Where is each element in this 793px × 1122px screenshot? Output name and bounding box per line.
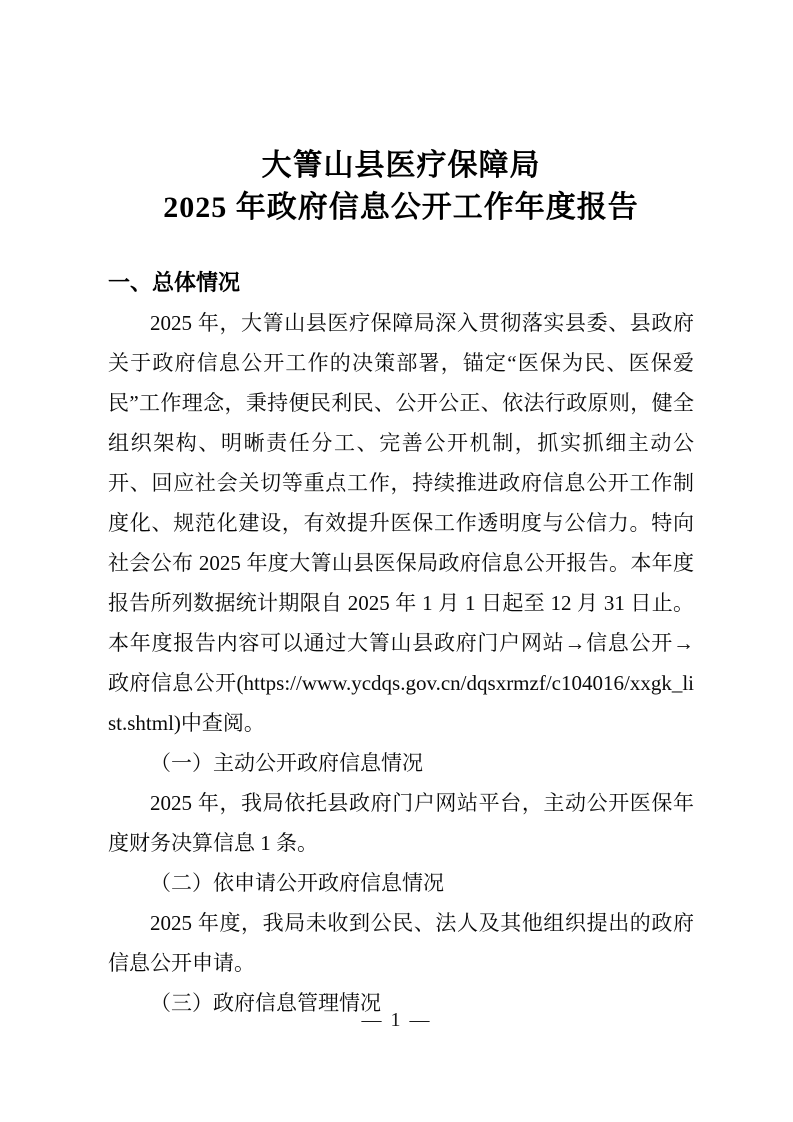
- subsection-1-paragraph: 2025 年，我局依托县政府门户网站平台，主动公开医保年度财务决算信息 1 条。: [108, 783, 694, 863]
- subsection-2-heading: （二）依申请公开政府信息情况: [108, 863, 694, 903]
- document-title: 大箐山县医疗保障局 2025 年政府信息公开工作年度报告: [108, 145, 694, 229]
- section-heading-overall-situation: 一、总体情况: [108, 267, 694, 299]
- title-line-1: 大箐山县医疗保障局: [108, 145, 694, 187]
- overview-paragraph: 2025 年，大箐山县医疗保障局深入贯彻落实县委、县政府关于政府信息公开工作的决…: [108, 303, 694, 743]
- page-number: — 1 —: [0, 1009, 793, 1032]
- title-line-2: 2025 年政府信息公开工作年度报告: [108, 187, 694, 229]
- subsection-1-heading: （一）主动公开政府信息情况: [108, 743, 694, 783]
- document-page: 大箐山县医疗保障局 2025 年政府信息公开工作年度报告 一、总体情况 2025…: [0, 0, 793, 1122]
- subsection-2-paragraph: 2025 年度，我局未收到公民、法人及其他组织提出的政府信息公开申请。: [108, 903, 694, 983]
